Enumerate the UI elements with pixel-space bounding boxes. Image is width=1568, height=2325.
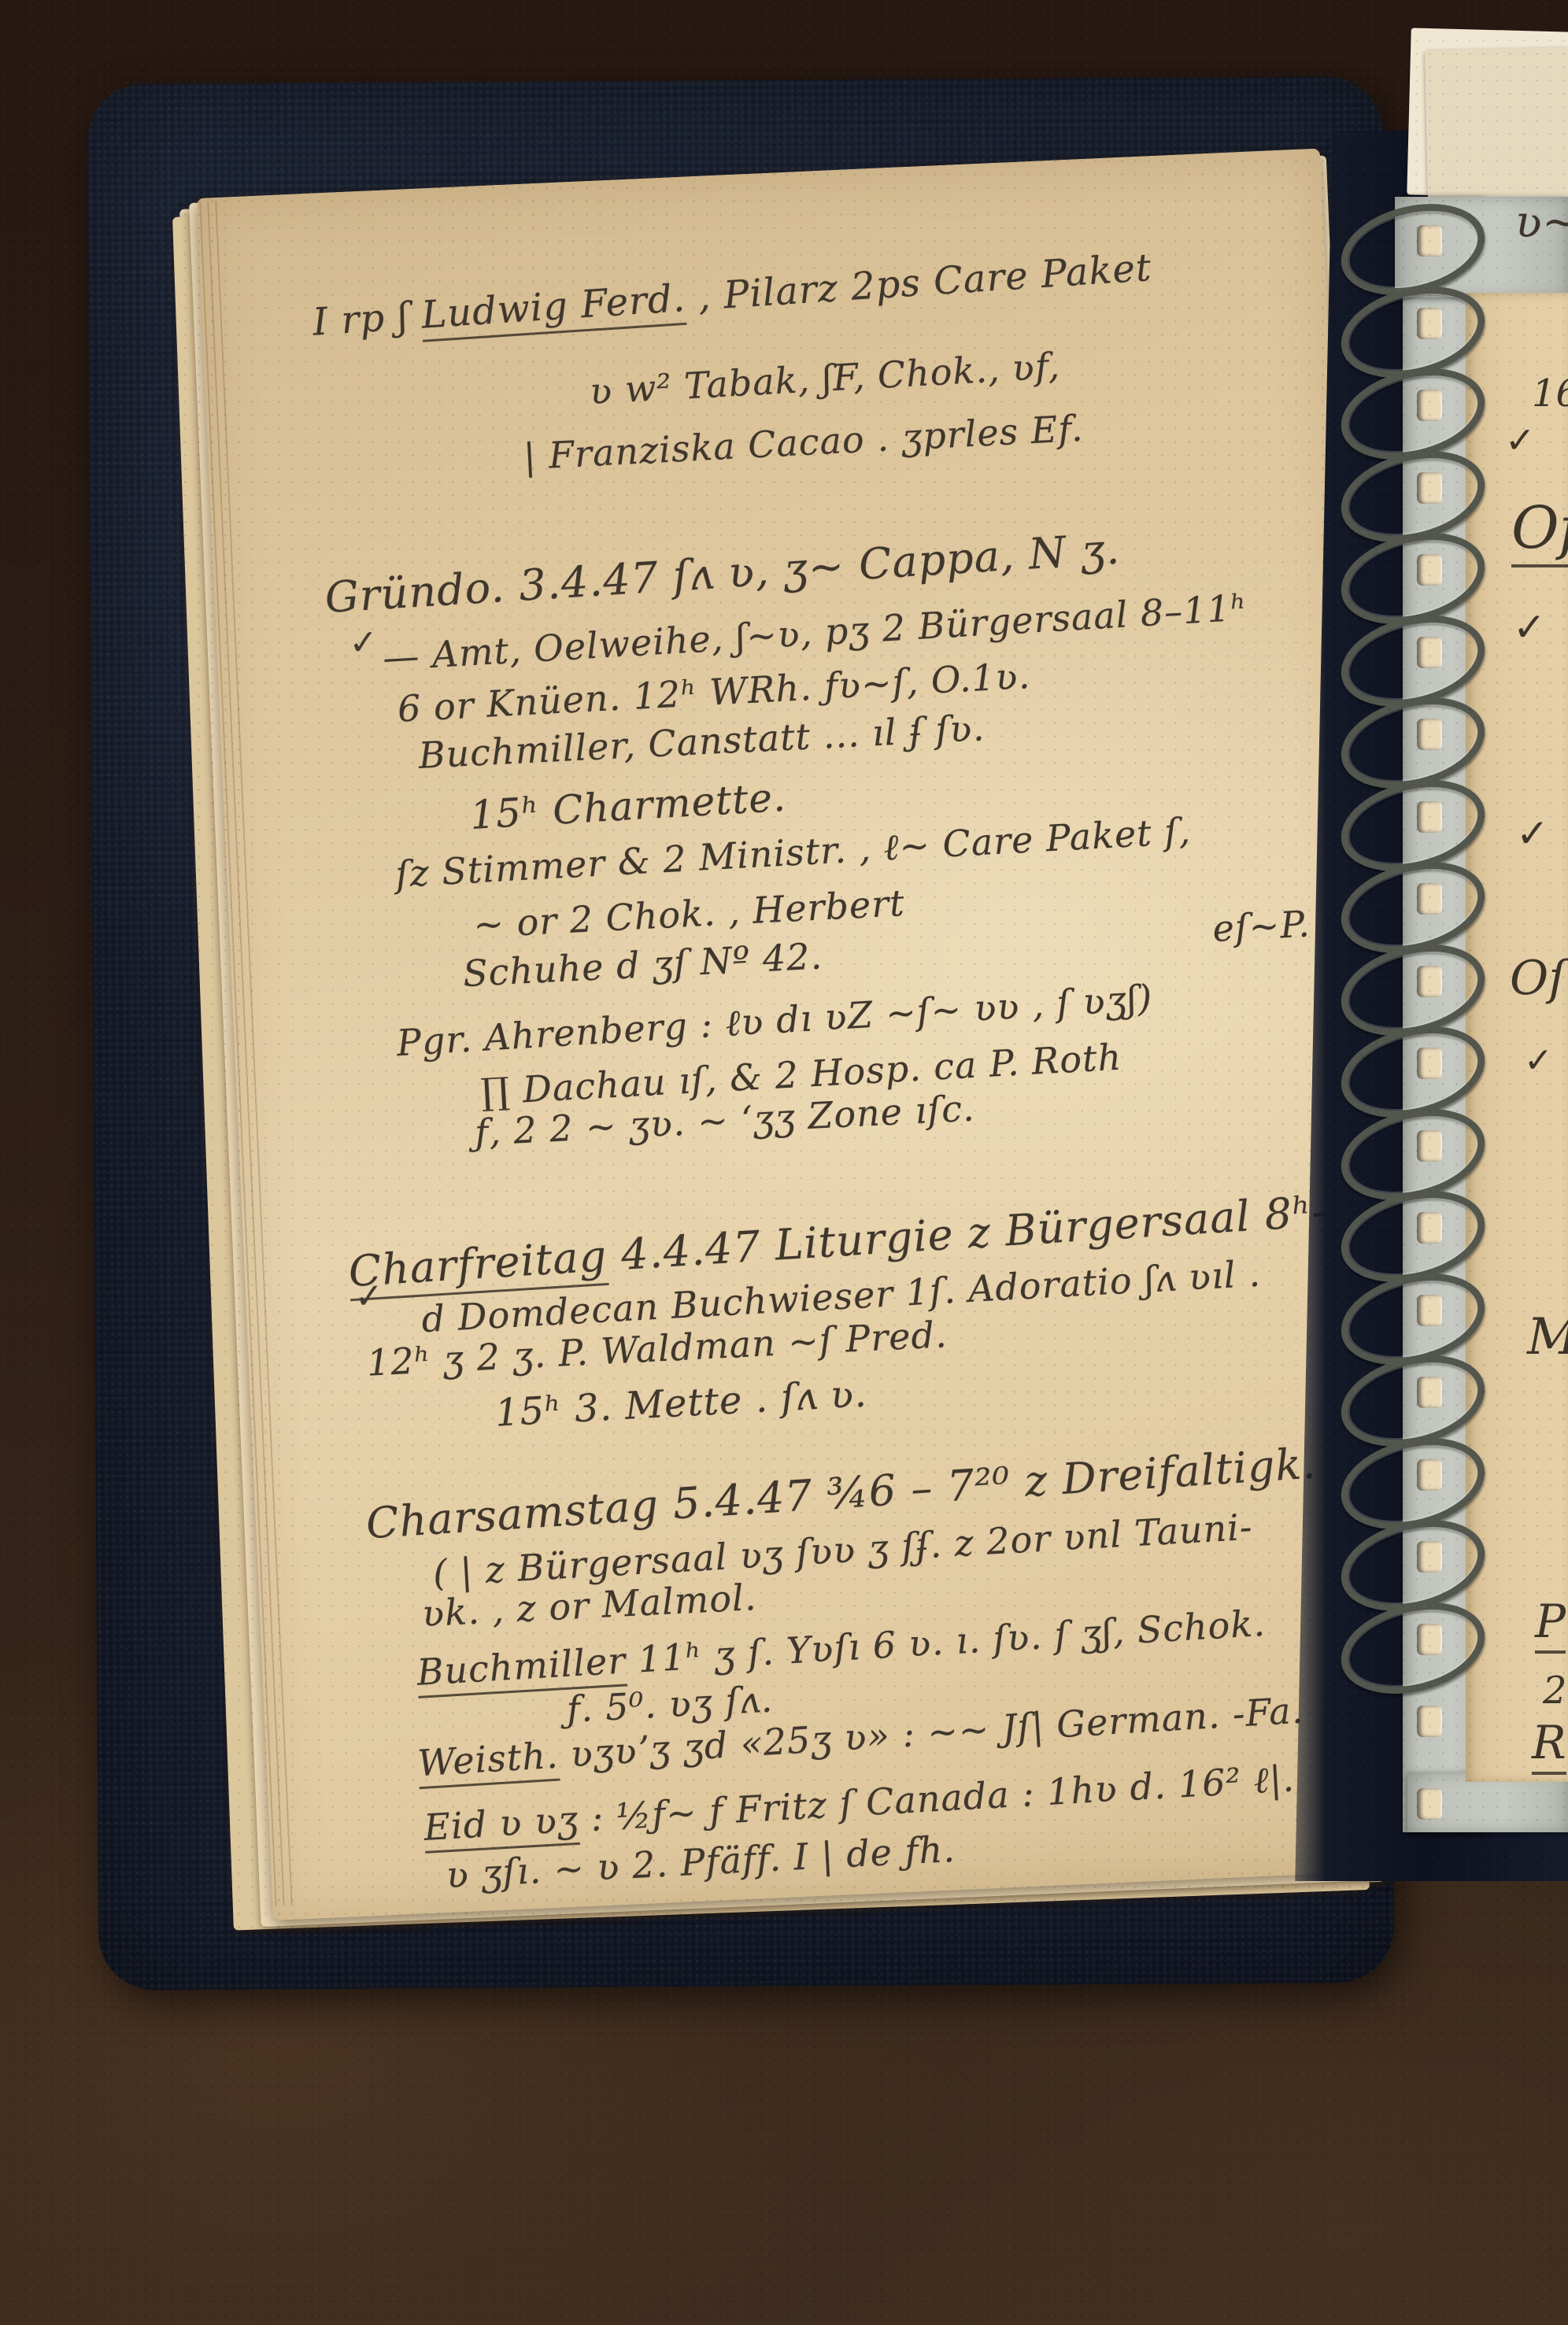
handwriting-fragment: P — [1535, 1595, 1566, 1654]
handwriting-text: : ½ƒ~ ƒ Fritz ſ Canada : 1hʋ d. 16² ℓ|. — [577, 1757, 1296, 1840]
handwriting-fragment: 2 — [1543, 1669, 1567, 1713]
handwriting-text: I rp ʃ — [311, 294, 423, 345]
handwriting-fragment: Oſ — [1511, 494, 1568, 567]
margin-checkmark: ✓ — [1524, 1041, 1553, 1081]
margin-checkmark: ✓ — [1516, 811, 1549, 856]
handwriting-fragment: R — [1532, 1716, 1566, 1775]
handwriting-underlined: Ludwig Ferd. — [420, 276, 687, 342]
margin-checkmark: ✓ — [1505, 419, 1536, 461]
spiral-punch-hole — [1417, 1706, 1442, 1737]
margin-checkmark: ✓ — [353, 1276, 384, 1318]
margin-checkmark: ✓ — [348, 622, 379, 663]
handwriting-text: eſ~P. — [1211, 902, 1311, 950]
handwriting-fragment: ʋ~ — [1515, 197, 1568, 248]
loose-paper-edge — [1425, 47, 1568, 205]
handwriting-fragment: Oſ — [1510, 951, 1566, 1006]
handwriting-text: 15ʰ Charmette. — [469, 774, 788, 838]
handwriting-line: ʋ w² Tabak, ʃF, Chok., ʋf, — [589, 346, 1061, 410]
spiral-punch-hole — [1417, 1788, 1442, 1820]
handwriting-text: ʋ w² Tabak, ʃF, Chok., ʋf, — [589, 344, 1061, 412]
handwriting-line: ~ or 2 Chok. , Herbert — [472, 884, 905, 944]
diary-photo: I rp ʃ Ludwig Ferd. , Pilarz 2ps Care Pa… — [0, 0, 1568, 2325]
handwriting-line: I rp ʃ Ludwig Ferd. , Pilarz 2ps Care Pa… — [312, 248, 1153, 342]
handwriting-underlined: Weisth. — [416, 1734, 560, 1790]
handwriting-line: | Franziska Cacao . ʒprles Ef. — [523, 409, 1085, 476]
handwriting-line: 15ʰ Charmette. — [469, 777, 787, 837]
handwriting-fragment: M — [1527, 1308, 1568, 1366]
handwriting-line: eſ~P. — [1211, 904, 1311, 948]
handwriting-text: | Franziska Cacao . ʒprles Ef. — [523, 407, 1085, 479]
handwriting-text: 15ʰ 3. Mette . ſʌ ʋ. — [494, 1372, 868, 1436]
handwriting-fragment: 16 — [1532, 371, 1568, 416]
margin-checkmark: ✓ — [1513, 604, 1546, 650]
handwriting-text: , Pilarz 2ps Care Paket — [684, 246, 1153, 320]
handwriting-underlined: Eid ʋ ʋʒ — [423, 1798, 580, 1854]
handwriting-text: ~ or 2 Chok. , Herbert — [472, 882, 906, 946]
handwriting-line: ƒ. 5⁰. ʋʒ ſʌ. — [566, 1680, 775, 1728]
handwriting-line: 15ʰ 3. Mette . ſʌ ʋ. — [494, 1374, 868, 1433]
handwriting-line: Schuhe d ʒſ Nº 42. — [462, 937, 823, 992]
diary-page: I rp ʃ Ludwig Ferd. , Pilarz 2ps Care Pa… — [197, 148, 1396, 1920]
